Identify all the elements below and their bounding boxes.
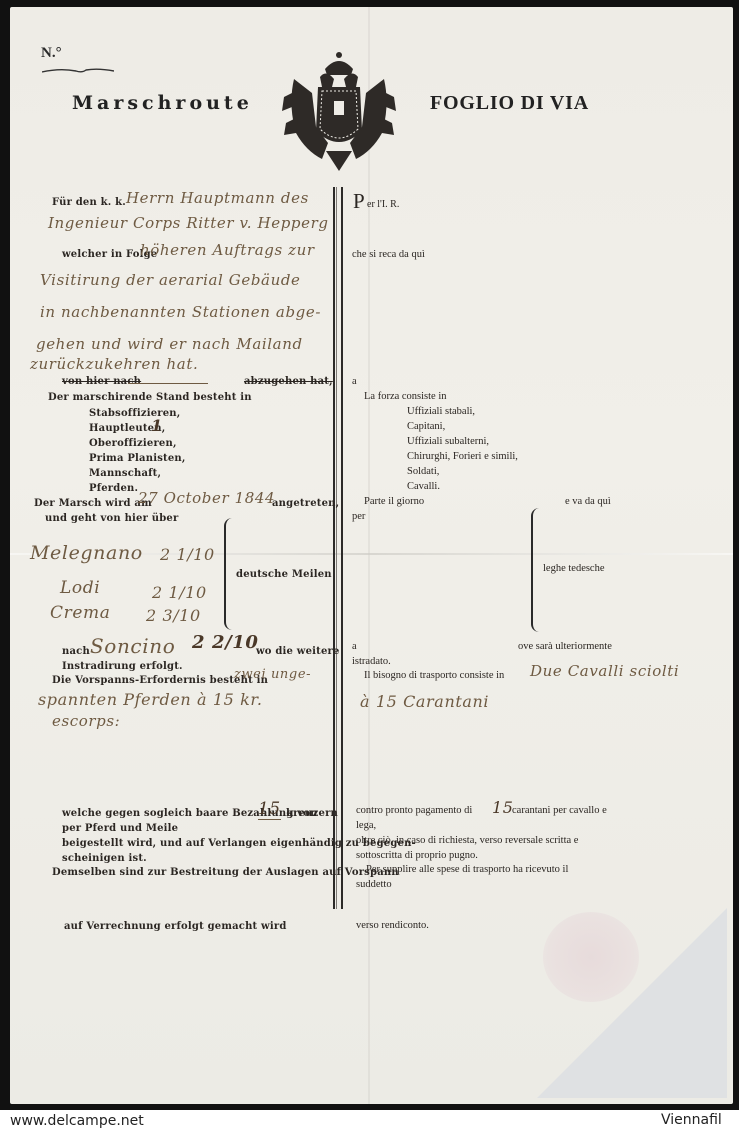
stand-item-stabsoffiziere: Stabsoffizieren,	[89, 408, 180, 419]
route-brace	[224, 518, 236, 630]
stand-item-pferde: Pferden.	[89, 483, 138, 494]
meilen-label: deutsche Meilen	[236, 569, 332, 580]
forza-item-capitani: Capitani,	[407, 421, 445, 432]
handwritten-vorspann-1: zwei unge-	[234, 667, 311, 682]
fuer-label: Für den k. k.	[52, 197, 126, 208]
zahlung-line-2: per Pferd und Meile	[62, 823, 178, 834]
wo-label: wo die weitere	[256, 646, 340, 657]
forza-item-cavalli: Cavalli.	[407, 481, 440, 492]
forza-item-subalterni: Uffiziali subalterni,	[407, 436, 489, 447]
destination-distance: 2 2/10	[192, 632, 259, 653]
hauptleuten-count: 1	[151, 416, 163, 435]
forza-item-chirurghi: Chirurghi, Forieri e simili,	[407, 451, 518, 462]
forza-item-soldati: Soldati,	[407, 466, 439, 477]
handwritten-reason-1: höheren Auftrags zur	[140, 241, 315, 259]
a-label-2: a	[352, 641, 357, 652]
supplire-line-2: suddetto	[356, 879, 392, 890]
handwritten-vorspann-3: escorps:	[52, 712, 120, 730]
a-label: a	[352, 376, 357, 387]
title-italian: FOGLIO DI VIA	[430, 92, 589, 115]
von-hier-nach-label: von hier nach	[62, 376, 141, 387]
instradirung-label: Instradirung erfolgt.	[62, 661, 183, 672]
route-place-3: Crema	[50, 603, 110, 623]
handwritten-recipient-1: Herrn Hauptmann des	[126, 189, 309, 207]
pagamento-label-b: carantani per cavallo e	[512, 805, 607, 816]
pagamento-line-2: lega,	[356, 820, 376, 831]
abzugehen-label: abzugehen hat,	[244, 376, 333, 387]
verrechnung-label: auf Verrechnung erfolgt gemacht wird	[64, 921, 287, 932]
handwritten-kreuzer-amount: 15	[258, 799, 281, 820]
pagamento-line-3: oltre ciò, in caso di richiesta, verso r…	[356, 835, 578, 846]
title-german: Marschroute	[72, 92, 253, 114]
handwritten-bisogno-1: Due Cavalli sciolti	[530, 662, 679, 680]
route-distance-3: 2 3/10	[146, 606, 201, 625]
destination-place: Soncino	[90, 634, 175, 658]
marsch-label: Der Marsch wird am	[34, 498, 152, 509]
route-place-2: Lodi	[60, 578, 100, 598]
watermark-delcampe: www.delcampe.net	[10, 1113, 144, 1129]
handwritten-carantani-amount: 15	[492, 798, 514, 817]
route-distance-2: 2 1/10	[152, 583, 207, 602]
pagamento-line-4: sottoscritta di proprio pugno.	[356, 850, 478, 861]
geht-label: und geht von hier über	[45, 513, 178, 524]
italian-route-brace	[531, 508, 543, 632]
zahlung-line-4: scheinigen ist.	[62, 853, 147, 864]
stand-item-mannschaft: Mannschaft,	[89, 468, 161, 479]
handwritten-reason-4: gehen und wird er nach Mailand	[36, 335, 303, 353]
parte-label: Parte il giorno	[364, 496, 424, 507]
nach-label: nach	[62, 646, 90, 657]
handwritten-reason-5: zurückzukehren hat.	[30, 355, 198, 373]
zahlung-label-b: kreuzern	[286, 808, 338, 819]
supplire-line-1: Per supplire alle spese di trasporto ha …	[366, 864, 568, 875]
per-route-label: per	[352, 511, 365, 522]
handwritten-recipient-2: Ingenieur Corps Ritter v. Hepperg	[48, 214, 329, 232]
handwritten-reason-3: in nachbenannten Stationen abge-	[40, 303, 321, 321]
number-label: N.°	[41, 45, 62, 62]
swash-ornament	[42, 68, 114, 74]
handwritten-vorspann-2: spannten Pferden à 15 kr.	[38, 690, 263, 709]
angetreten-label: angetreten,	[272, 498, 339, 509]
forza-item-stabali: Uffiziali stabali,	[407, 406, 475, 417]
handwritten-departure-date: 27 October 1844	[138, 489, 275, 507]
route-distance-1: 2 1/10	[160, 545, 215, 564]
leghe-label: leghe tedesche	[543, 563, 605, 574]
rendiconto-label: verso rendiconto.	[356, 920, 429, 931]
stand-item-oberoffiziere: Oberoffizieren,	[89, 438, 177, 449]
istradato-label: istradato.	[352, 656, 391, 667]
si-reca-label: che si reca da quì	[352, 249, 425, 260]
double-headed-eagle-icon	[282, 47, 396, 173]
per-initial: P	[353, 189, 365, 214]
bisogno-label: Il bisogno di trasporto consiste in	[364, 670, 504, 681]
handwritten-reason-2: Visitirung der aerarial Gebäude	[40, 271, 301, 289]
handwritten-bisogno-2: à 15 Carantani	[360, 692, 489, 711]
stand-item-planisten: Prima Planisten,	[89, 453, 186, 464]
watermark-viennafil: Viennafil	[661, 1112, 722, 1128]
va-da-qui-label: e va da quì	[565, 496, 611, 507]
bestreitung-label: Demselben sind zur Bestreitung der Ausla…	[52, 867, 399, 878]
pagamento-label-a: contro pronto pagamento di	[356, 805, 472, 816]
column-divider	[333, 187, 343, 909]
stand-label: Der marschirende Stand besteht in	[48, 392, 252, 403]
handwritten-dash	[128, 383, 208, 384]
wax-seal-stamp	[543, 912, 639, 1002]
route-place-1: Melegnano	[30, 542, 143, 564]
forza-label: La forza consiste in	[364, 391, 447, 402]
ove-label: ove sarà ulteriormente	[518, 641, 612, 652]
per-label: er l'I. R.	[367, 199, 399, 210]
